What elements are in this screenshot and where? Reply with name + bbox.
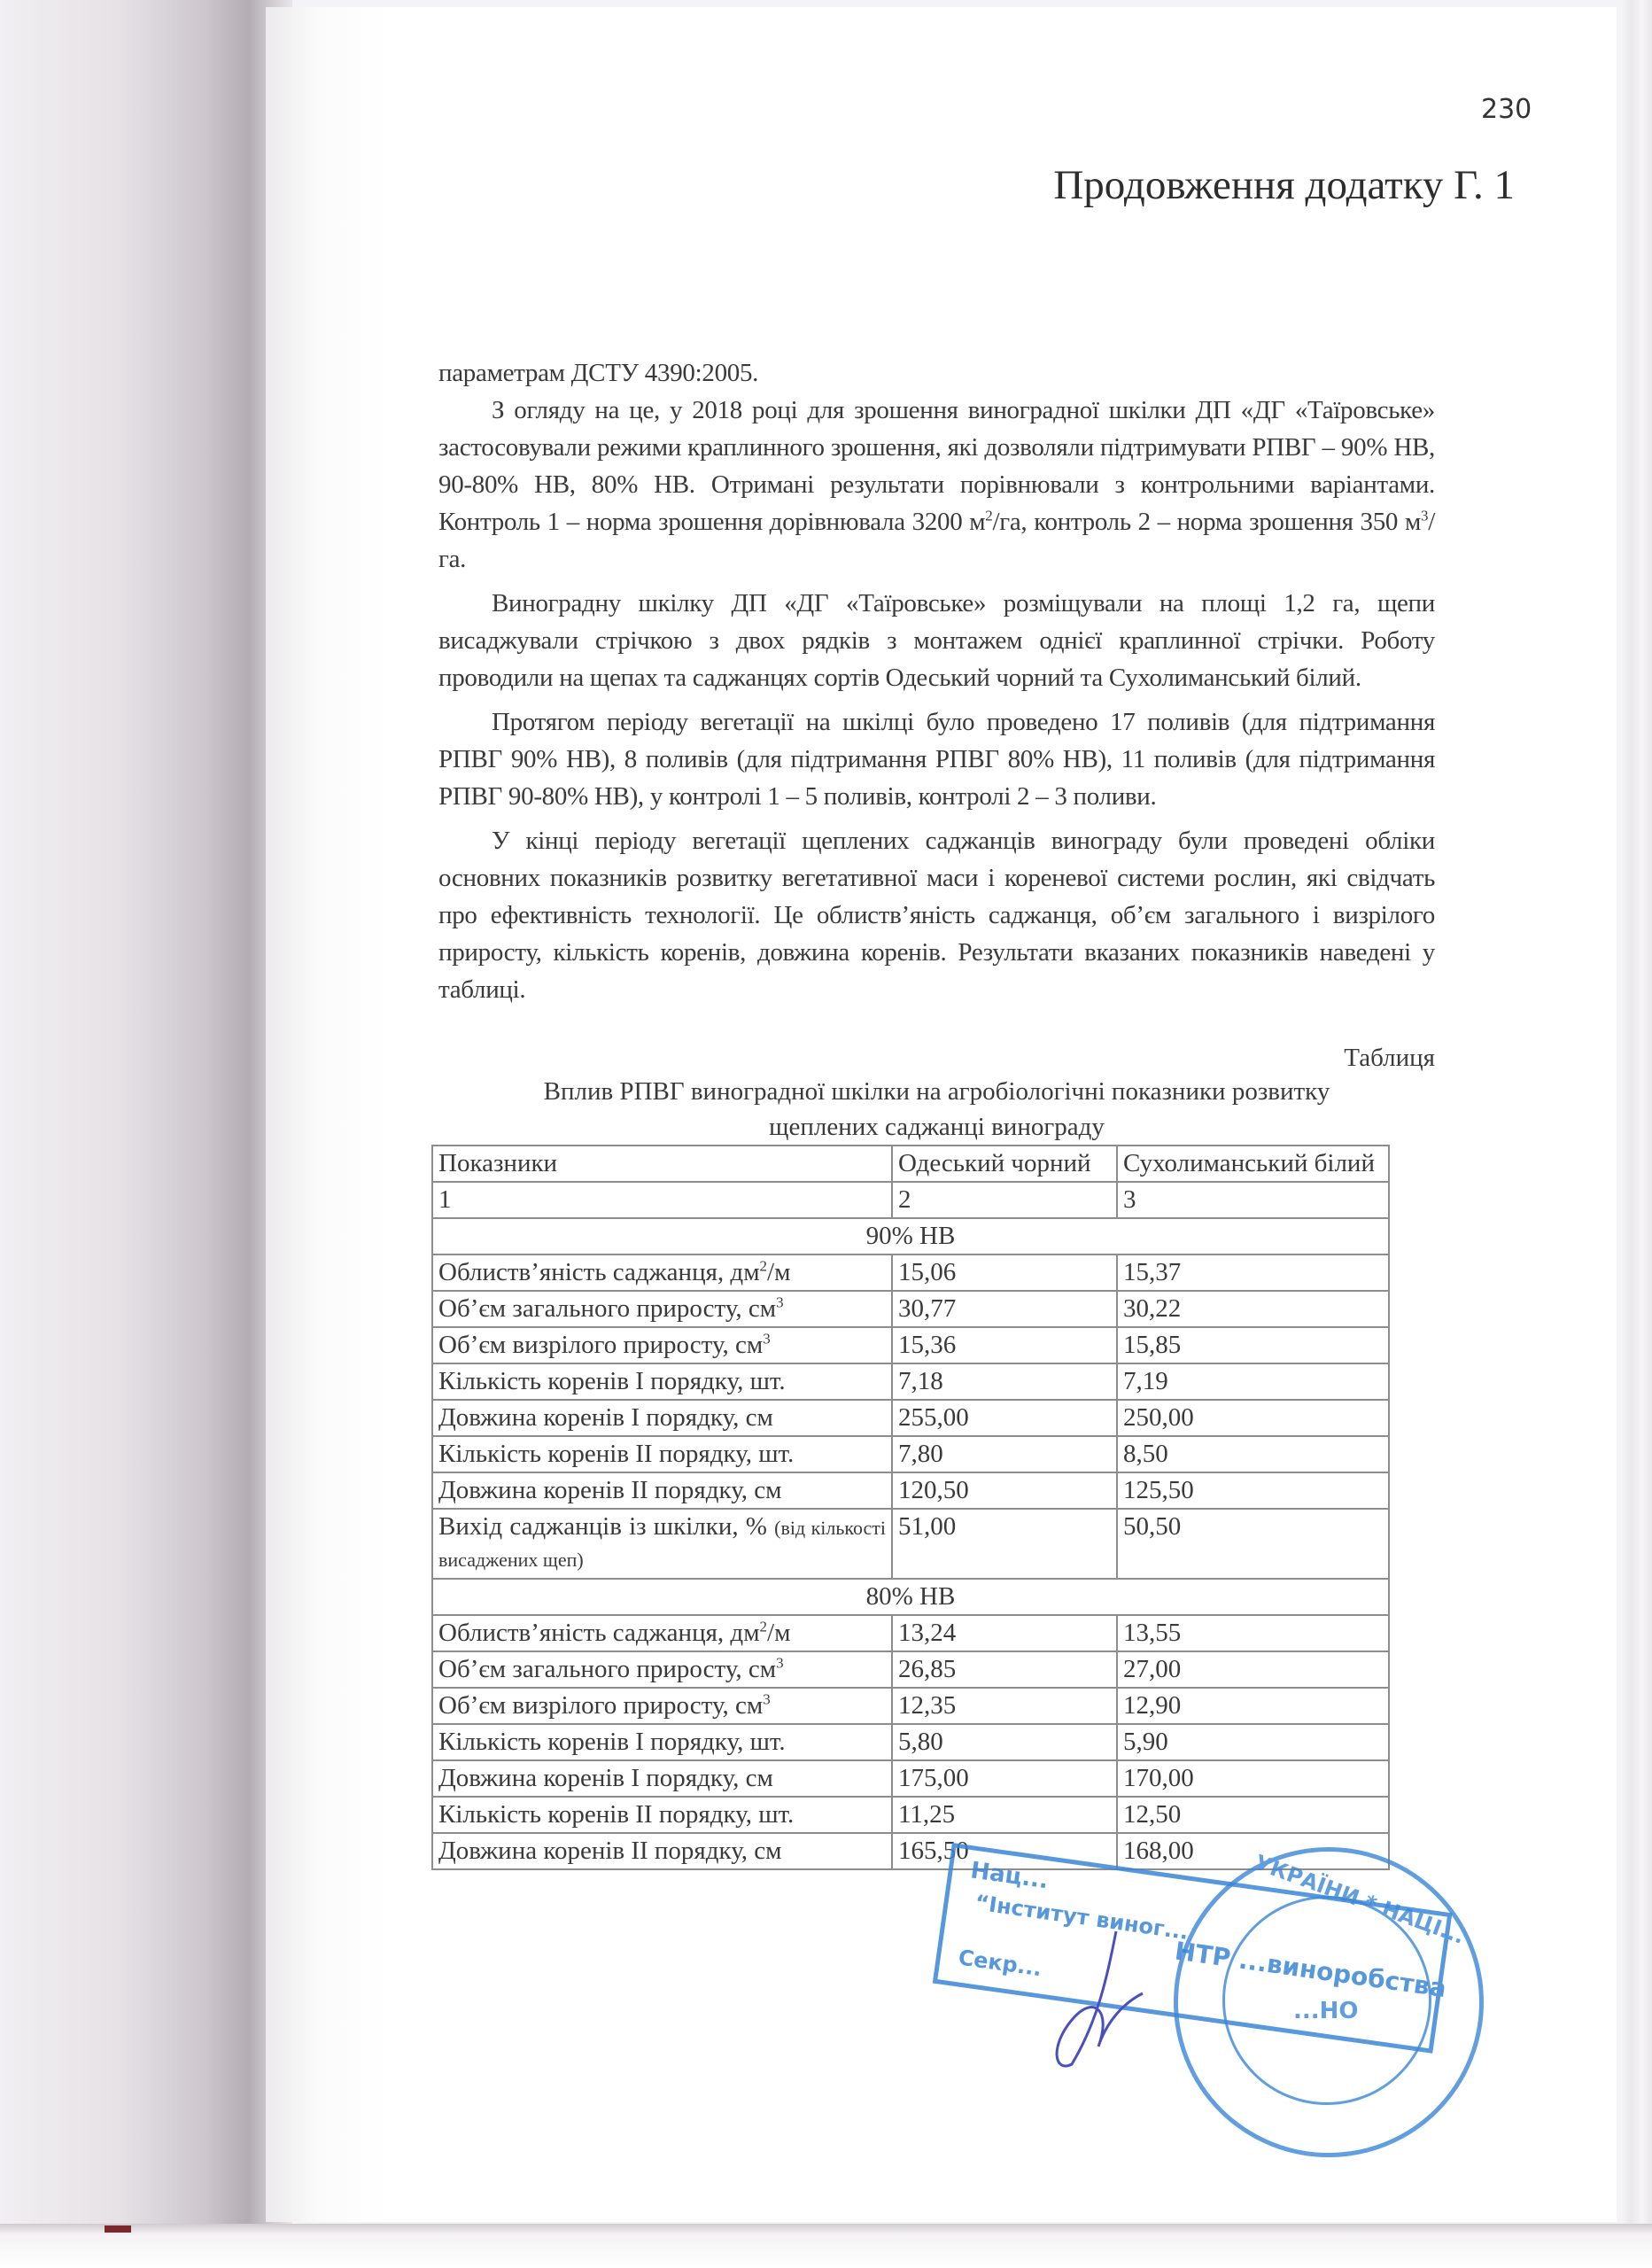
indicator-cell: Облиств’яність саджанця, дм2/м: [432, 1615, 892, 1651]
value-sukholymanskyi-bilyi: 13,55: [1117, 1615, 1389, 1651]
indicator-cell: Кількість коренів I порядку, шт.: [432, 1363, 892, 1400]
table-numbering-row: 123: [432, 1182, 1389, 1218]
appendix-title: Продовження додатку Г. 1: [1053, 161, 1515, 209]
value-odeskyi-chornyi: 15,06: [892, 1254, 1117, 1291]
column-header: Сухолиманський білий: [1117, 1146, 1389, 1182]
paragraph-5: У кінці періоду вегетації щеплених саджа…: [438, 822, 1435, 1008]
value-odeskyi-chornyi: 7,18: [892, 1363, 1117, 1400]
indicator-cell: Кількість коренів II порядку, шт.: [432, 1436, 892, 1472]
table-row: Довжина коренів II порядку, см165,50168,…: [432, 1833, 1389, 1869]
table-row: Об’єм визрілого приросту, см315,3615,85: [432, 1327, 1389, 1363]
value-odeskyi-chornyi: 13,24: [892, 1615, 1117, 1651]
indicator-cell: Кількість коренів II порядку, шт.: [432, 1797, 892, 1833]
column-number: 2: [892, 1182, 1117, 1218]
table-row: Вихід саджанців із шкілки, % (від кілько…: [432, 1509, 1389, 1579]
paragraph-3: Виноградну шкілку ДП «ДГ «Таїровське» ро…: [438, 585, 1435, 696]
indicator-cell: Довжина коренів II порядку, см: [432, 1472, 892, 1509]
value-sukholymanskyi-bilyi: 8,50: [1117, 1436, 1389, 1472]
institution-seal-round: УКРАЇНИ * НАЦІ... ...НО: [1174, 1847, 1484, 2157]
value-odeskyi-chornyi: 255,00: [892, 1400, 1117, 1436]
indicator-cell: Довжина коренів I порядку, см: [432, 1400, 892, 1436]
bookmark-ribbon: [105, 2225, 131, 2233]
column-number: 1: [432, 1182, 892, 1218]
body-text: параметрам ДСТУ 4390:2005. З огляду на ц…: [438, 354, 1435, 1008]
indicator-cell: Об’єм визрілого приросту, см3: [432, 1688, 892, 1724]
value-odeskyi-chornyi: 5,80: [892, 1724, 1117, 1760]
value-odeskyi-chornyi: 120,50: [892, 1472, 1117, 1509]
value-sukholymanskyi-bilyi: 7,19: [1117, 1363, 1389, 1400]
table-row: Об’єм загального приросту, см326,8527,00: [432, 1651, 1389, 1688]
value-sukholymanskyi-bilyi: 12,50: [1117, 1797, 1389, 1833]
page-edge: [1621, 0, 1652, 2268]
table-row: Довжина коренів I порядку, см255,00250,0…: [432, 1400, 1389, 1436]
value-odeskyi-chornyi: 11,25: [892, 1797, 1117, 1833]
table-row: Облиств’яність саджанця, дм2/м13,2413,55: [432, 1615, 1389, 1651]
results-table: ПоказникиОдеський чорнийСухолиманський б…: [431, 1145, 1390, 1870]
table-row: Кількість коренів I порядку, шт.5,805,90: [432, 1724, 1389, 1760]
book-gutter-shadow: [0, 0, 292, 2233]
column-header: Одеський чорний: [892, 1146, 1117, 1182]
page-number: 230: [1481, 94, 1532, 125]
value-odeskyi-chornyi: 12,35: [892, 1688, 1117, 1724]
table-row: Кількість коренів II порядку, шт.7,808,5…: [432, 1436, 1389, 1472]
indicator-cell: Кількість коренів I порядку, шт.: [432, 1724, 892, 1760]
indicator-cell: Об’єм загального приросту, см3: [432, 1651, 892, 1688]
table-row: Кількість коренів II порядку, шт.11,2512…: [432, 1797, 1389, 1833]
value-odeskyi-chornyi: 26,85: [892, 1651, 1117, 1688]
paragraph-2: З огляду на це, у 2018 році для зрошення…: [438, 392, 1435, 578]
table-row: Довжина коренів II порядку, см120,50125,…: [432, 1472, 1389, 1509]
value-odeskyi-chornyi: 15,36: [892, 1327, 1117, 1363]
value-sukholymanskyi-bilyi: 50,50: [1117, 1509, 1389, 1579]
table-header-row: ПоказникиОдеський чорнийСухолиманський б…: [432, 1146, 1389, 1182]
value-sukholymanskyi-bilyi: 15,85: [1117, 1327, 1389, 1363]
table-row: Облиств’яність саджанця, дм2/м15,0615,37: [432, 1254, 1389, 1291]
signature: [1045, 1922, 1160, 2073]
value-sukholymanskyi-bilyi: 12,90: [1117, 1688, 1389, 1724]
value-sukholymanskyi-bilyi: 30,22: [1117, 1291, 1389, 1327]
indicator-cell: Довжина коренів I порядку, см: [432, 1760, 892, 1797]
value-sukholymanskyi-bilyi: 27,00: [1117, 1651, 1389, 1688]
table-row: Довжина коренів I порядку, см175,00170,0…: [432, 1760, 1389, 1797]
value-odeskyi-chornyi: 30,77: [892, 1291, 1117, 1327]
value-odeskyi-chornyi: 51,00: [892, 1509, 1117, 1579]
value-sukholymanskyi-bilyi: 125,50: [1117, 1472, 1389, 1509]
table-row: Об’єм загального приросту, см330,7730,22: [432, 1291, 1389, 1327]
section-row: 80% НВ: [432, 1579, 1389, 1615]
indicator-cell: Об’єм загального приросту, см3: [432, 1291, 892, 1327]
section-title: 90% НВ: [432, 1218, 1389, 1254]
column-number: 3: [1117, 1182, 1389, 1218]
table-label: Таблиця: [1344, 1044, 1435, 1073]
indicator-cell: Довжина коренів II порядку, см: [432, 1833, 892, 1869]
table-row: Кількість коренів I порядку, шт.7,187,19: [432, 1363, 1389, 1400]
column-header: Показники: [432, 1146, 892, 1182]
section-row: 90% НВ: [432, 1218, 1389, 1254]
value-odeskyi-chornyi: 7,80: [892, 1436, 1117, 1472]
value-odeskyi-chornyi: 175,00: [892, 1760, 1117, 1797]
value-sukholymanskyi-bilyi: 5,90: [1117, 1724, 1389, 1760]
indicator-cell: Облиств’яність саджанця, дм2/м: [432, 1254, 892, 1291]
table-caption: Вплив РПВГ виноградної шкілки на агробіо…: [438, 1074, 1435, 1145]
table-row: Об’єм визрілого приросту, см312,3512,90: [432, 1688, 1389, 1724]
value-sukholymanskyi-bilyi: 15,37: [1117, 1254, 1389, 1291]
indicator-cell: Об’єм визрілого приросту, см3: [432, 1327, 892, 1363]
value-sukholymanskyi-bilyi: 170,00: [1117, 1760, 1389, 1797]
section-title: 80% НВ: [432, 1579, 1389, 1615]
paragraph-4: Протягом періоду вегетації на шкілці бул…: [438, 703, 1435, 815]
indicator-cell: Вихід саджанців із шкілки, % (від кілько…: [432, 1509, 892, 1579]
value-sukholymanskyi-bilyi: 250,00: [1117, 1400, 1389, 1436]
bottom-edge: [0, 2224, 1652, 2268]
paragraph-1: параметрам ДСТУ 4390:2005.: [438, 354, 1435, 392]
